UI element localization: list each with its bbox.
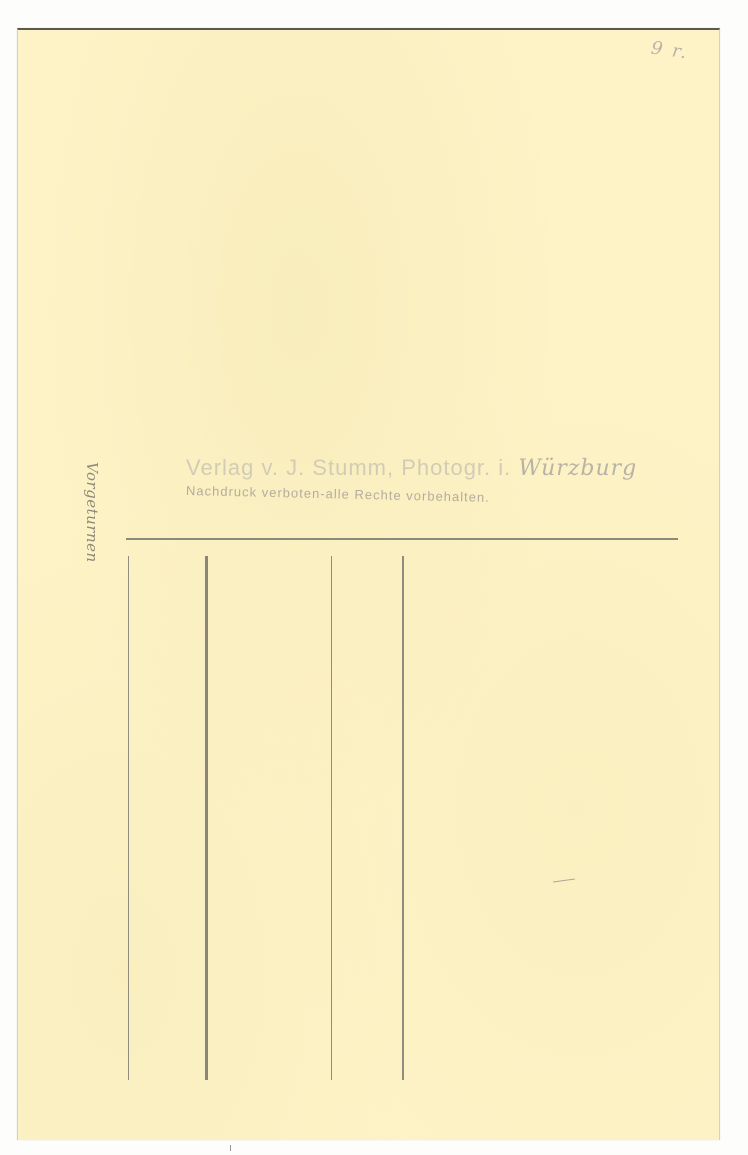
publisher-stamp: Verlag v. J. Stumm, Photogr. i. Würzburg… [186,455,706,498]
pencil-note: 9 r. [650,37,690,63]
ink-speck [553,878,575,882]
postcard-back: 9 r. Verlag v. J. Stumm, Photogr. i. Wür… [17,28,720,1140]
address-line-3 [331,556,332,1080]
publisher-city: Würzburg [518,456,637,481]
copyright-notice: Nachdruck verboten-alle Rechte vorbehalt… [186,483,706,510]
publisher-name: Verlag v. J. Stumm, Photogr. i. [186,455,511,480]
horizontal-divider [126,538,678,540]
address-line-1 [128,556,129,1080]
handwritten-margin-note: Vorgeturnen [83,462,101,622]
scan-mark [230,1145,231,1151]
publisher-line-1: Verlag v. J. Stumm, Photogr. i. Würzburg [186,455,706,481]
address-line-2 [205,556,208,1080]
address-line-4 [402,556,404,1080]
